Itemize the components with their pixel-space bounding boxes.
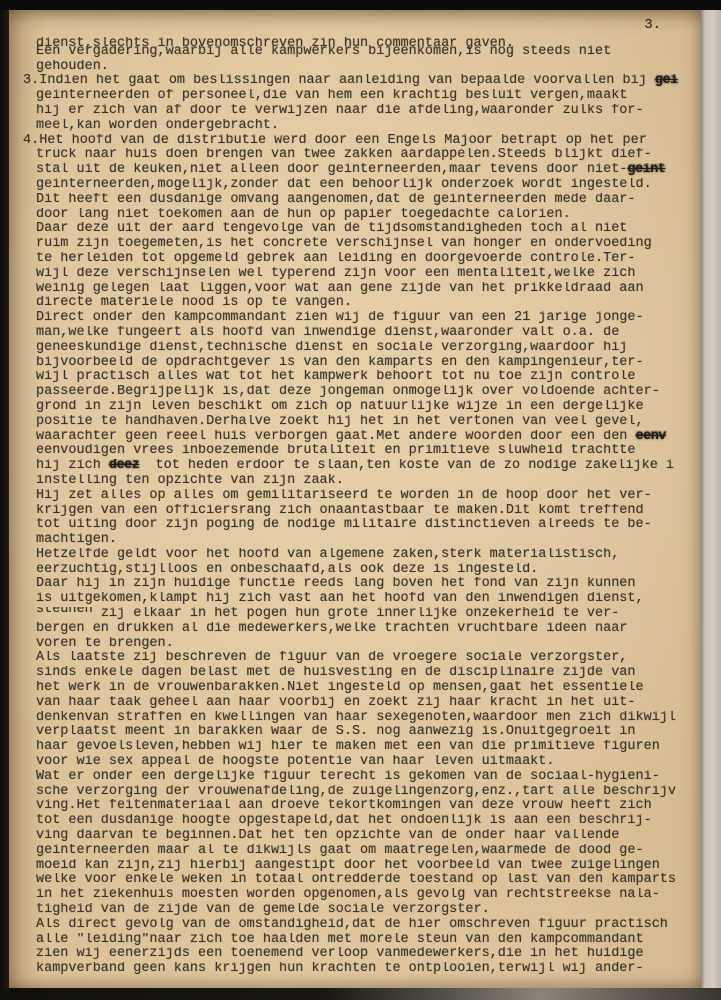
text-line: 3.Indien het gaat om beslissingen naar a… <box>9 74 701 89</box>
photo-edge-top <box>0 0 721 10</box>
text-line: man,welke fungeert als hoofd van inwendi… <box>9 326 701 341</box>
photo-edge-left <box>0 0 9 1000</box>
text-line: ruim zijn toegemeten,is het concrete ver… <box>9 237 701 252</box>
text-segment: Een vergadering,waarbij alle kampwerkers… <box>36 45 611 59</box>
text-segment: zij elkaar in het pogen hun grote innerl… <box>93 607 620 621</box>
text-segment: bergen en drukken al die medewerkers,wel… <box>36 622 627 636</box>
text-line: geinterneerden of personeel,die van hem … <box>9 89 701 104</box>
text-segment: eenvoudigen vrees inboezemende brutalite… <box>36 444 636 458</box>
text-line: is uitgekomen,klampt hij zich vast aan h… <box>9 592 701 607</box>
text-line: Als direct gevolg van de omstandigheid,d… <box>9 918 701 933</box>
text-segment: welke voor enkele weken in totaal ontred… <box>36 873 676 887</box>
text-segment: man,welke fungeert als hoofd van inwendi… <box>36 326 619 340</box>
text-line: tot een dusdanige hoogte opgestapeld,dat… <box>9 814 701 829</box>
text-line: eenvoudigen vrees inboezemende brutalite… <box>9 444 701 459</box>
text-line: tot uiting door zijn poging de nodige mi… <box>9 518 701 533</box>
text-segment: krijgen van een officiersrang zich onaan… <box>36 504 644 518</box>
text-line: stal uit de keuken,niet alleen door gein… <box>9 163 701 178</box>
text-segment: grond in zijn leven beschikt om zich op … <box>36 400 644 414</box>
text-segment: weinig gelegen laat liggen,voor wat aan … <box>36 282 644 296</box>
text-segment: voren te brengen. <box>36 637 174 651</box>
text-line: geneeskundige dienst,technische dienst e… <box>9 341 701 356</box>
overstruck-text: eenv <box>636 430 666 444</box>
text-line: kampverband geen kans krijgen hun kracht… <box>9 962 701 977</box>
text-segment: Dit heeft een dusdanige omvang aangenome… <box>36 193 636 207</box>
text-line: 4.Het hoofd van de distributie werd door… <box>9 134 701 149</box>
text-line: voren te brengen. <box>9 637 701 652</box>
text-segment: truck naar huis doen brengen van twee za… <box>36 148 652 162</box>
text-line: te herleiden tot opgemeld gebrek aan lei… <box>9 252 701 267</box>
text-line: truck naar huis doen brengen van twee za… <box>9 148 701 163</box>
document-text: dienst,slechts in bovenomschreven zin hu… <box>9 37 701 977</box>
text-segment: ruim zijn toegemeten,is het concrete ver… <box>36 237 652 251</box>
text-line: passeerde.Begrijpelijk is,dat deze jonge… <box>9 385 701 400</box>
text-segment: het werk in de vrouwenbarakken.Niet inge… <box>36 681 644 695</box>
text-line: Direct onder den kampcommandant zien wij… <box>9 311 701 326</box>
text-line: alle "leiding"naar zich toe haalden met … <box>9 933 701 948</box>
text-segment: geinterneerden,mogelijk,zonder dat een b… <box>36 178 652 192</box>
text-segment: door lang niet toekomen aan de hun op pa… <box>36 208 571 222</box>
text-segment: geinterneerden of personeel,die van hem … <box>36 89 627 103</box>
text-segment: ving daarvan te beginnen.Dat het ten opz… <box>36 829 619 843</box>
text-line: wijl deze verschijnselen wel typerend zi… <box>9 267 701 282</box>
text-segment: Daar deze uit der aard tengevolge van de… <box>36 222 627 236</box>
text-line: wijl practisch alles wat tot het kampwer… <box>9 370 701 385</box>
text-line: hij er zich van af door te verwijzen naa… <box>9 104 701 119</box>
text-line: machtigen. <box>9 533 701 548</box>
text-segment: gehouden. <box>36 60 109 74</box>
text-segment: zien wij eenerzijds een toenemend verloo… <box>36 947 644 961</box>
page-number: 3. <box>644 17 661 33</box>
text-line: steunen zij elkaar in het pogen hun grot… <box>9 607 701 622</box>
text-line: denkenvan straffen en kwellingen van haa… <box>9 711 701 726</box>
text-segment: waarachter geen reeel huis verborgen gaa… <box>36 430 636 444</box>
text-segment: directe materiele nood is op te vangen. <box>36 296 352 310</box>
text-segment: instelling ten opzichte van zijn zaak. <box>36 474 344 488</box>
text-line: verplaatst meent in barakken waar de S.S… <box>9 725 701 740</box>
text-segment: steunen <box>36 607 93 617</box>
text-segment: tigheid van de zijde van de gemelde soci… <box>36 903 490 917</box>
text-segment: hij zich <box>36 459 109 473</box>
overstruck-text: geint <box>627 163 665 177</box>
text-segment: is uitgekomen,klampt hij zich vast aan h… <box>36 592 644 606</box>
text-line: bijvoorbeeld de opdrachtgever is van den… <box>9 356 701 371</box>
text-segment: in het ziekenhuis moesten worden opgenom… <box>36 888 660 902</box>
text-line: Dit heeft een dusdanige omvang aangenome… <box>9 193 701 208</box>
text-segment: geinterneerden maar al te dikwijls gaat … <box>36 844 644 858</box>
text-line: Hij zet alles op alles om gemilitariseer… <box>9 489 701 504</box>
text-segment: verplaatst meent in barakken waar de S.S… <box>36 725 636 739</box>
text-segment: voor wie sex appeal de hoogste potentie … <box>36 755 554 769</box>
text-line: welke voor enkele weken in totaal ontred… <box>9 873 701 888</box>
text-segment: alle "leiding"naar zich toe haalden met … <box>36 933 644 947</box>
text-segment: Daar hij in zijn huidige functie reeds l… <box>36 577 636 591</box>
text-segment: Als laatste zij beschreven de figuur van… <box>36 651 627 665</box>
text-segment: ving.Het feitenmateriaal aan droeve teko… <box>36 799 652 813</box>
text-segment: passeerde.Begrijpelijk is,dat deze jonge… <box>36 385 660 399</box>
text-line: voor wie sex appeal de hoogste potentie … <box>9 755 701 770</box>
text-segment: tot een dusdanige hoogte opgestapeld,dat… <box>36 814 652 828</box>
text-segment: van haar taak geheel aan haar voorbij en… <box>36 696 636 710</box>
text-line: Een vergadering,waarbij alle kampwerkers… <box>9 45 701 60</box>
text-segment: Hij zet alles op alles om gemilitariseer… <box>36 489 652 503</box>
scan-margin-right <box>701 9 721 1000</box>
text-line: waarachter geen reeel huis verborgen gaa… <box>9 430 701 445</box>
text-line: ving.Het feitenmateriaal aan droeve teko… <box>9 799 701 814</box>
text-segment: machtigen. <box>36 533 117 547</box>
text-segment: 4.Het hoofd van de distributie werd door… <box>23 134 647 148</box>
text-segment: bijvoorbeeld de opdrachtgever is van den… <box>36 356 644 370</box>
text-line: grond in zijn leven beschikt om zich op … <box>9 400 701 415</box>
text-segment: Als direct gevolg van de omstandigheid,d… <box>36 918 668 932</box>
text-segment: meel,kan worden ondergebracht. <box>36 119 279 133</box>
text-line: Daar hij in zijn huidige functie reeds l… <box>9 577 701 592</box>
text-segment: 3.Indien het gaat om beslissingen naar a… <box>23 74 655 88</box>
text-line: gehouden. <box>9 60 701 75</box>
text-line: Als laatste zij beschreven de figuur van… <box>9 651 701 666</box>
text-segment: eerzuchtig,stijlloos en onbeschaafd,als … <box>36 563 538 577</box>
text-line: door lang niet toekomen aan de hun op pa… <box>9 208 701 223</box>
text-segment: sche verzorging der vrouwenafdeling,de z… <box>36 785 676 799</box>
text-segment: Hetzelfde geldt voor het hoofd van algem… <box>36 548 619 562</box>
text-segment: moeid kan zijn,zij hierbij aangestipt do… <box>36 859 660 873</box>
text-segment: tot heden erdoor te slaan,ten koste van … <box>139 459 674 473</box>
text-line: geinterneerden maar al te dikwijls gaat … <box>9 844 701 859</box>
text-segment: wijl practisch alles wat tot het kampwer… <box>36 370 636 384</box>
text-segment: kampverband geen kans krijgen hun kracht… <box>36 962 644 976</box>
text-line: Hetzelfde geldt voor het hoofd van algem… <box>9 548 701 563</box>
text-line: Wat er onder een dergelijke figuur terec… <box>9 770 701 785</box>
text-line: moeid kan zijn,zij hierbij aangestipt do… <box>9 859 701 874</box>
text-line: haar gevoelsleven,hebben wij hier te mak… <box>9 740 701 755</box>
text-line: het werk in de vrouwenbarakken.Niet inge… <box>9 681 701 696</box>
text-line: sinds enkele dagen belast met de huisves… <box>9 666 701 681</box>
text-line: positie te handhaven.Derhalve zoekt hij … <box>9 415 701 430</box>
text-segment: haar gevoelsleven,hebben wij hier te mak… <box>36 740 660 754</box>
text-line: krijgen van een officiersrang zich onaan… <box>9 504 701 519</box>
text-segment: positie te handhaven.Derhalve zoekt hij … <box>36 415 644 429</box>
text-segment: denkenvan straffen en kwellingen van haa… <box>36 711 676 725</box>
text-line: in het ziekenhuis moesten worden opgenom… <box>9 888 701 903</box>
text-segment: geneeskundige dienst,technische dienst e… <box>36 341 627 355</box>
document-page: 3. dienst,slechts in bovenomschreven zin… <box>9 10 701 988</box>
text-segment: stal uit de keuken,niet alleen door gein… <box>36 163 627 177</box>
scanned-document-photo: 3. dienst,slechts in bovenomschreven zin… <box>0 0 721 1000</box>
text-line: weinig gelegen laat liggen,voor wat aan … <box>9 282 701 297</box>
text-line: instelling ten opzichte van zijn zaak. <box>9 474 701 489</box>
text-line: Daar deze uit der aard tengevolge van de… <box>9 222 701 237</box>
text-segment: te herleiden tot opgemeld gebrek aan lei… <box>36 252 636 266</box>
text-segment: sinds enkele dagen belast met de huisves… <box>36 666 636 680</box>
text-segment: wijl deze verschijnselen wel typerend zi… <box>36 267 636 281</box>
text-line: bergen en drukken al die medewerkers,wel… <box>9 622 701 637</box>
text-line: ving daarvan te beginnen.Dat het ten opz… <box>9 829 701 844</box>
text-segment: hij er zich van af door te verwijzen naa… <box>36 104 644 118</box>
overstruck-text: gei <box>655 74 678 88</box>
text-segment: Wat er onder een dergelijke figuur terec… <box>36 770 660 784</box>
text-line: directe materiele nood is op te vangen. <box>9 296 701 311</box>
text-segment: Direct onder den kampcommandant zien wij… <box>36 311 644 325</box>
text-line: geinterneerden,mogelijk,zonder dat een b… <box>9 178 701 193</box>
text-line: tigheid van de zijde van de gemelde soci… <box>9 903 701 918</box>
text-line: eerzuchtig,stijlloos en onbeschaafd,als … <box>9 563 701 578</box>
text-line: zien wij eenerzijds een toenemend verloo… <box>9 947 701 962</box>
text-line: meel,kan worden ondergebracht. <box>9 119 701 134</box>
text-line: sche verzorging der vrouwenafdeling,de z… <box>9 785 701 800</box>
text-line: hij zich deez tot heden erdoor te slaan,… <box>9 459 701 474</box>
text-segment: tot uiting door zijn poging de nodige mi… <box>36 518 652 532</box>
text-line: van haar taak geheel aan haar voorbij en… <box>9 696 701 711</box>
overstruck-text: deez <box>109 459 139 473</box>
photo-edge-bottom <box>0 988 721 1000</box>
